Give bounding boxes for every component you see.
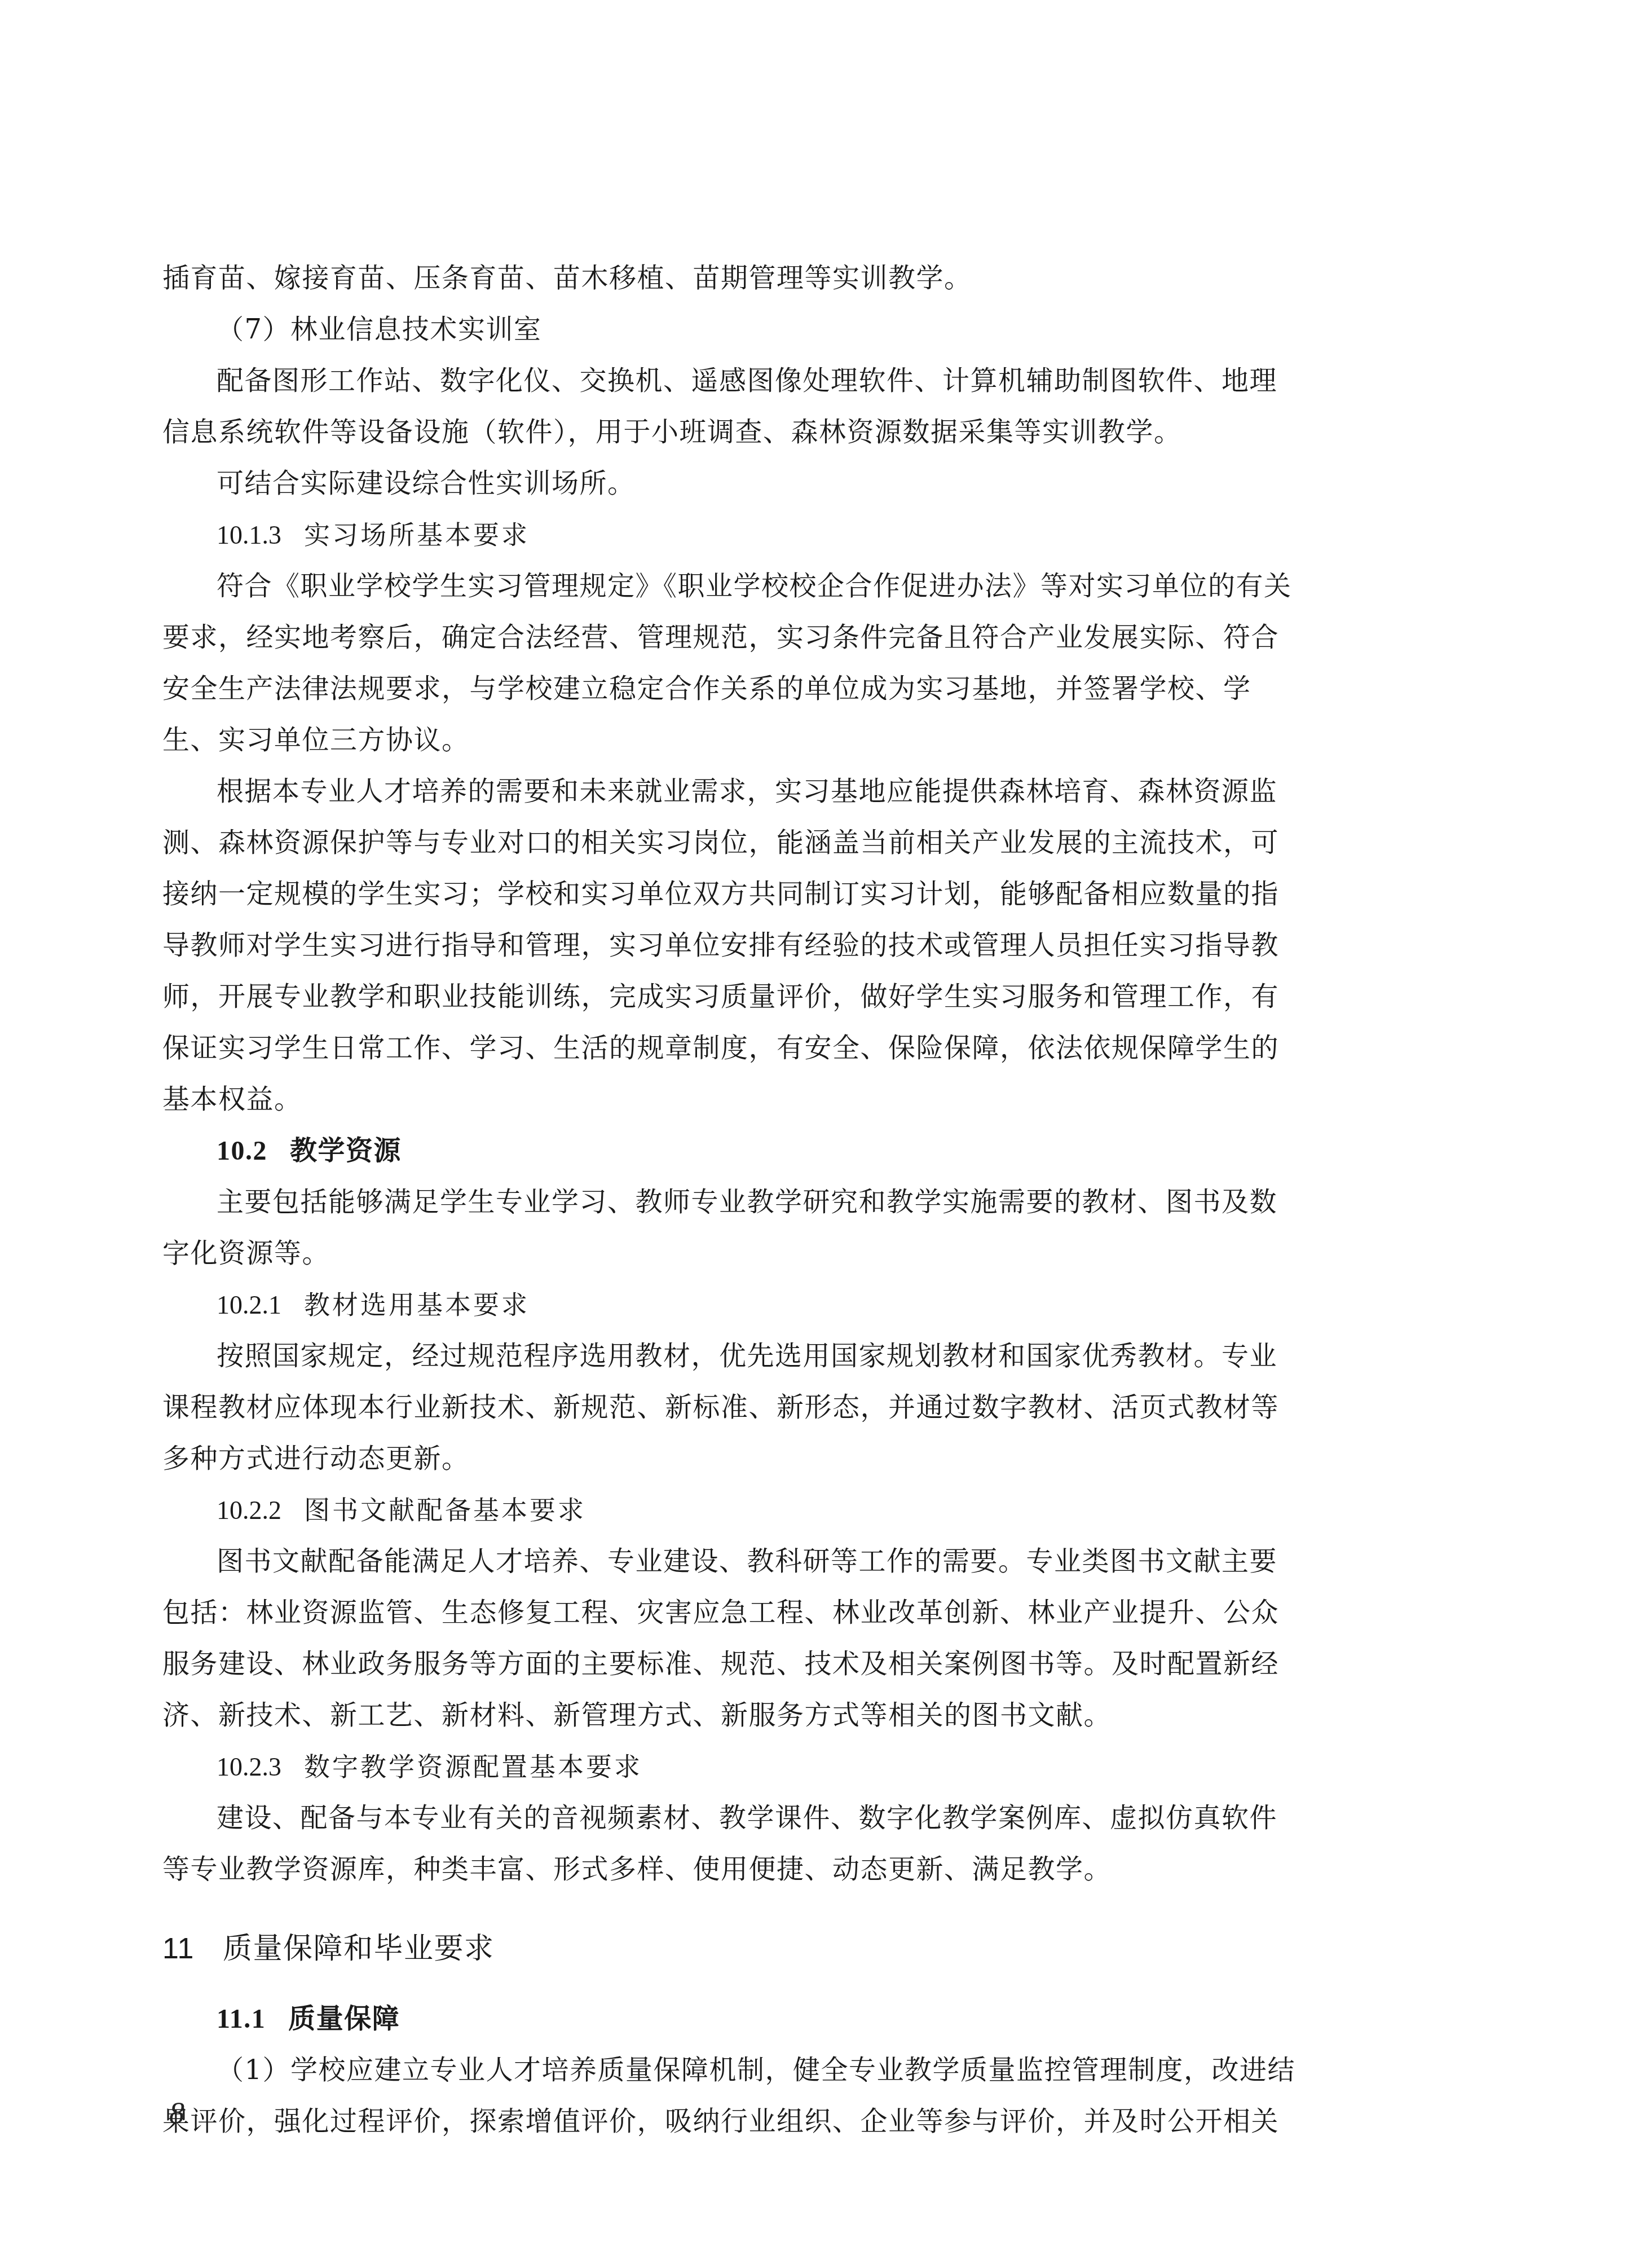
paragraph-line: 按照国家规定，经过规范程序选用教材，优先选用国家规划教材和国家优秀教材。专业 bbox=[162, 1331, 1468, 1382]
paragraph-line: 字化资源等。 bbox=[162, 1228, 1468, 1279]
paragraph-line: 要求，经实地考察后，确定合法经营、管理规范，实习条件完备且符合产业发展实际、符合 bbox=[162, 612, 1468, 663]
section-title: 图书文献配备基本要求 bbox=[304, 1495, 586, 1525]
paragraph-line: 等专业教学资源库，种类丰富、形式多样、使用便捷、动态更新、满足教学。 bbox=[162, 1844, 1468, 1895]
paragraph-line: 测、森林资源保护等与专业对口的相关实习岗位，能涵盖当前相关产业发展的主流技术，可 bbox=[162, 817, 1468, 869]
section-heading-10-1-3: 10.1.3实习场所基本要求 bbox=[162, 509, 1468, 561]
section-number: 11.1 bbox=[217, 2004, 266, 2034]
paragraph-line: 信息系统软件等设备设施（软件），用于小班调查、森林资源数据采集等实训教学。 bbox=[162, 407, 1468, 458]
paragraph-line: 济、新技术、新工艺、新材料、新管理方式、新服务方式等相关的图书文献。 bbox=[162, 1690, 1468, 1741]
paragraph-line: 配备图形工作站、数字化仪、交换机、遥感图像处理软件、计算机辅助制图软件、地理 bbox=[162, 355, 1468, 407]
section-number: 10.2.2 bbox=[217, 1496, 281, 1525]
paragraph-line: 生、实习单位三方协议。 bbox=[162, 715, 1468, 766]
document-body: 插育苗、嫁接育苗、压条育苗、苗木移植、苗期管理等实训教学。 （7）林业信息技术实… bbox=[162, 253, 1468, 2147]
chapter-title: 质量保障和毕业要求 bbox=[223, 1932, 495, 1966]
section-heading-10-2: 10.2教学资源 bbox=[162, 1125, 1468, 1177]
paragraph-line: 接纳一定规模的学生实习；学校和实习单位双方共同制订实习计划，能够配备相应数量的指 bbox=[162, 869, 1468, 920]
paragraph-line: 服务建设、林业政务服务等方面的主要标准、规范、技术及相关案例图书等。及时配置新经 bbox=[162, 1639, 1468, 1690]
section-number: 10.2.1 bbox=[217, 1291, 281, 1319]
section-title: 教材选用基本要求 bbox=[304, 1289, 530, 1320]
paragraph-line: 插育苗、嫁接育苗、压条育苗、苗木移植、苗期管理等实训教学。 bbox=[162, 253, 1468, 304]
section-title: 质量保障 bbox=[288, 2003, 400, 2034]
paragraph-line: 多种方式进行动态更新。 bbox=[162, 1433, 1468, 1485]
section-title: 数字教学资源配置基本要求 bbox=[304, 1751, 642, 1782]
section-number: 10.1.3 bbox=[217, 521, 281, 549]
paragraph-line: 符合《职业学校学生实习管理规定》《职业学校校企合作促进办法》等对实习单位的有关 bbox=[162, 561, 1468, 612]
paragraph-line: 可结合实际建设综合性实训场所。 bbox=[162, 458, 1468, 509]
section-heading-10-2-3: 10.2.3数字教学资源配置基本要求 bbox=[162, 1741, 1468, 1793]
paragraph-line: 安全生产法律法规要求，与学校建立稳定合作关系的单位成为实习基地，并签署学校、学 bbox=[162, 663, 1468, 715]
section-title: 教学资源 bbox=[290, 1135, 402, 1166]
section-heading-10-2-1: 10.2.1教材选用基本要求 bbox=[162, 1279, 1468, 1331]
paragraph-line: 保证实习学生日常工作、学习、生活的规章制度，有安全、保险保障，依法依规保障学生的 bbox=[162, 1023, 1468, 1074]
page-number: 8 bbox=[169, 2095, 184, 2130]
section-number: 10.2 bbox=[217, 1136, 267, 1166]
paragraph-line: 师，开展专业教学和职业技能训练，完成实习质量评价，做好学生实习服务和管理工作，有 bbox=[162, 971, 1468, 1023]
paragraph-line: 果评价，强化过程评价，探索增值评价，吸纳行业组织、企业等参与评价，并及时公开相关 bbox=[162, 2096, 1468, 2147]
paragraph-line: 基本权益。 bbox=[162, 1074, 1468, 1125]
section-heading-11-1: 11.1质量保障 bbox=[162, 1993, 1468, 2045]
paragraph-line: 包括：林业资源监管、生态修复工程、灾害应急工程、林业改革创新、林业产业提升、公众 bbox=[162, 1587, 1468, 1639]
paragraph-line: 图书文献配备能满足人才培养、专业建设、教科研等工作的需要。专业类图书文献主要 bbox=[162, 1536, 1468, 1587]
chapter-number: 11 bbox=[162, 1932, 195, 1965]
paragraph-line: 根据本专业人才培养的需要和未来就业需求，实习基地应能提供森林培育、森林资源监 bbox=[162, 766, 1468, 817]
paragraph-line: 课程教材应体现本行业新技术、新规范、新标准、新形态，并通过数字教材、活页式教材等 bbox=[162, 1382, 1468, 1433]
section-title: 实习场所基本要求 bbox=[304, 519, 530, 550]
item-heading-forestry-it-lab: （7）林业信息技术实训室 bbox=[162, 304, 1468, 355]
paragraph-line: 主要包括能够满足学生专业学习、教师专业教学研究和教学实施需要的教材、图书及数 bbox=[162, 1177, 1468, 1228]
paragraph-line: （1）学校应建立专业人才培养质量保障机制，健全专业教学质量监控管理制度，改进结 bbox=[162, 2045, 1468, 2096]
section-number: 10.2.3 bbox=[217, 1752, 281, 1781]
paragraph-line: 建设、配备与本专业有关的音视频素材、教学课件、数字化教学案例库、虚拟仿真软件 bbox=[162, 1793, 1468, 1844]
paragraph-line: 导教师对学生实习进行指导和管理，实习单位安排有经验的技术或管理人员担任实习指导教 bbox=[162, 920, 1468, 971]
section-heading-10-2-2: 10.2.2图书文献配备基本要求 bbox=[162, 1485, 1468, 1536]
chapter-heading-11: 11质量保障和毕业要求 bbox=[162, 1912, 1468, 1985]
